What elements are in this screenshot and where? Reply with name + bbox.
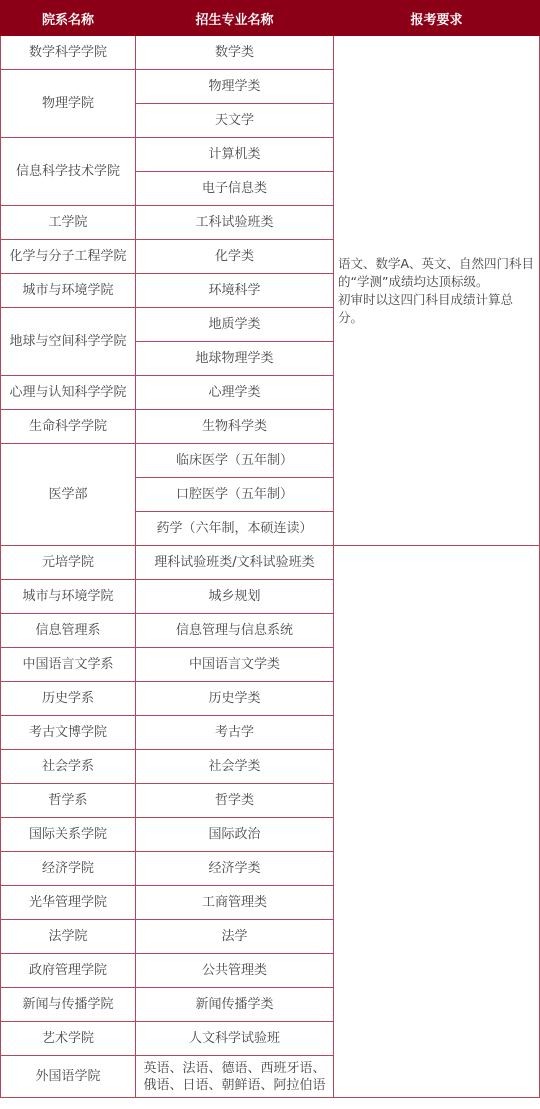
requirement-line: 初审时以这四门科目成绩计算总分。 — [338, 291, 537, 327]
college-cell: 地球与空间科学学院 — [1, 308, 136, 376]
college-cell: 社会学系 — [1, 750, 136, 784]
major-cell: 英语、法语、德语、西班牙语、俄语、日语、朝鲜语、阿拉伯语 — [136, 1056, 334, 1098]
college-cell: 信息科学技术学院 — [1, 138, 136, 206]
college-cell: 城市与环境学院 — [1, 274, 136, 308]
admission-table: 院系名称 招生专业名称 报考要求 数学科学学院数学类语文、数学A、英文、自然四门… — [0, 0, 540, 1098]
major-cell: 地质学类 — [136, 308, 334, 342]
college-cell: 元培学院 — [1, 546, 136, 580]
major-cell: 工商管理类 — [136, 886, 334, 920]
major-cell: 临床医学（五年制） — [136, 444, 334, 478]
header-requirement: 报考要求 — [334, 1, 540, 36]
college-cell: 光华管理学院 — [1, 886, 136, 920]
major-cell: 历史学类 — [136, 682, 334, 716]
college-cell: 生命科学学院 — [1, 410, 136, 444]
major-cell: 公共管理类 — [136, 954, 334, 988]
header-college: 院系名称 — [1, 1, 136, 36]
college-cell: 数学科学学院 — [1, 36, 136, 70]
college-cell: 国际关系学院 — [1, 818, 136, 852]
major-cell: 物理学类 — [136, 70, 334, 104]
major-line: 英语、法语、德语、西班牙语、 — [138, 1060, 331, 1077]
table-row: 元培学院理科试验班类/文科试验班类 — [1, 546, 540, 580]
college-cell: 艺术学院 — [1, 1022, 136, 1056]
major-cell: 天文学 — [136, 104, 334, 138]
major-cell: 计算机类 — [136, 138, 334, 172]
major-cell: 经济学类 — [136, 852, 334, 886]
major-cell: 城乡规划 — [136, 580, 334, 614]
college-cell: 历史学系 — [1, 682, 136, 716]
college-cell: 政府管理学院 — [1, 954, 136, 988]
college-cell: 医学部 — [1, 444, 136, 546]
major-cell: 社会学类 — [136, 750, 334, 784]
header-major: 招生专业名称 — [136, 1, 334, 36]
college-cell: 经济学院 — [1, 852, 136, 886]
college-cell: 化学与分子工程学院 — [1, 240, 136, 274]
requirement-line: 语文、数学A、英文、自然四门科目 — [338, 255, 537, 273]
college-cell: 信息管理系 — [1, 614, 136, 648]
major-cell: 法学 — [136, 920, 334, 954]
major-cell: 环境科学 — [136, 274, 334, 308]
major-cell: 化学类 — [136, 240, 334, 274]
major-cell: 理科试验班类/文科试验班类 — [136, 546, 334, 580]
major-cell: 数学类 — [136, 36, 334, 70]
college-cell: 外国语学院 — [1, 1056, 136, 1098]
major-cell: 哲学类 — [136, 784, 334, 818]
major-cell: 信息管理与信息系统 — [136, 614, 334, 648]
major-cell: 中国语言文学类 — [136, 648, 334, 682]
table-header-row: 院系名称 招生专业名称 报考要求 — [1, 1, 540, 36]
major-cell: 药学（六年制，本硕连读） — [136, 512, 334, 546]
major-cell: 人文科学试验班 — [136, 1022, 334, 1056]
college-cell: 工学院 — [1, 206, 136, 240]
college-cell: 物理学院 — [1, 70, 136, 138]
college-cell: 城市与环境学院 — [1, 580, 136, 614]
college-cell: 法学院 — [1, 920, 136, 954]
requirement-cell-empty — [334, 546, 540, 1098]
table-row: 数学科学学院数学类语文、数学A、英文、自然四门科目的“学测”成绩均达顶标级。初审… — [1, 36, 540, 70]
college-cell: 中国语言文学系 — [1, 648, 136, 682]
major-cell: 工科试验班类 — [136, 206, 334, 240]
major-cell: 心理学类 — [136, 376, 334, 410]
college-cell: 心理与认知科学学院 — [1, 376, 136, 410]
college-cell: 新闻与传播学院 — [1, 988, 136, 1022]
major-line: 俄语、日语、朝鲜语、阿拉伯语 — [138, 1077, 331, 1094]
major-cell: 生物科学类 — [136, 410, 334, 444]
major-cell: 考古学 — [136, 716, 334, 750]
requirement-line: 的“学测”成绩均达顶标级。 — [338, 273, 537, 291]
major-cell: 地球物理学类 — [136, 342, 334, 376]
major-cell: 电子信息类 — [136, 172, 334, 206]
major-cell: 国际政治 — [136, 818, 334, 852]
table-body: 数学科学学院数学类语文、数学A、英文、自然四门科目的“学测”成绩均达顶标级。初审… — [1, 36, 540, 1098]
college-cell: 哲学系 — [1, 784, 136, 818]
college-cell: 考古文博学院 — [1, 716, 136, 750]
major-cell: 新闻传播学类 — [136, 988, 334, 1022]
major-cell: 口腔医学（五年制） — [136, 478, 334, 512]
requirement-cell: 语文、数学A、英文、自然四门科目的“学测”成绩均达顶标级。初审时以这四门科目成绩… — [334, 36, 540, 546]
